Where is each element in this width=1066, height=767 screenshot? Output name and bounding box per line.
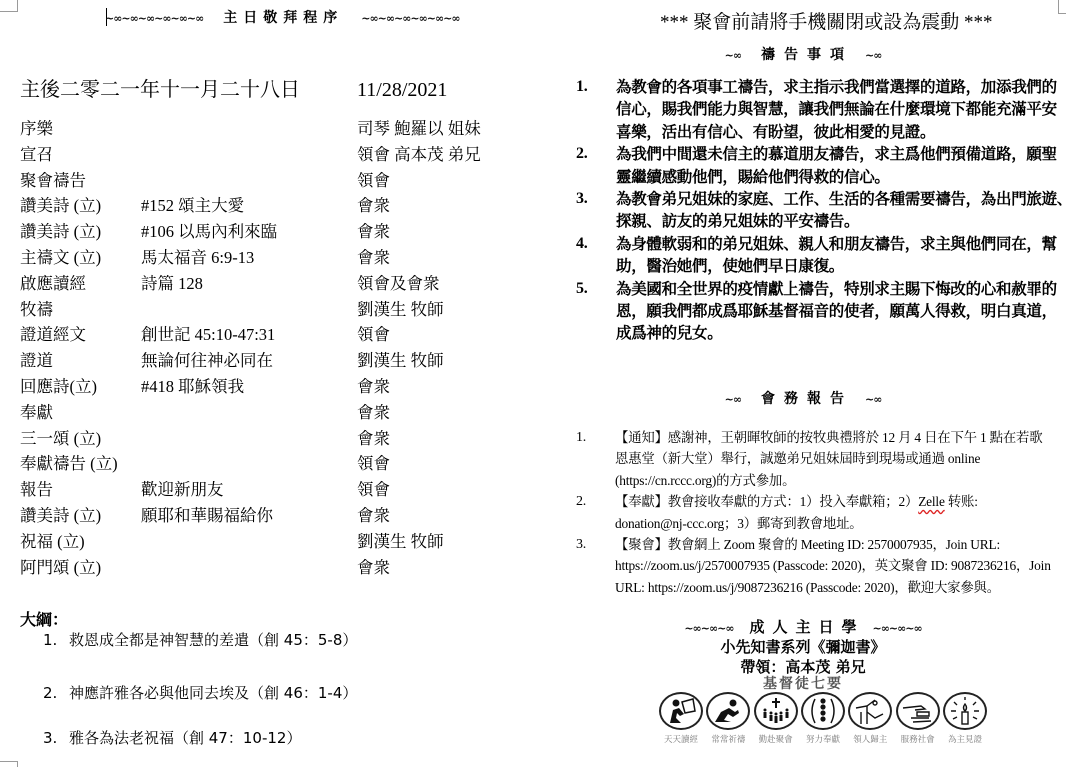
- order-item: 證道: [20, 350, 53, 372]
- worship-order-column: ~∞~∞~∞~∞~∞~∞主日敬拜程序~∞~∞~∞~∞~∞~∞ 主後二零二一年十一…: [0, 0, 540, 767]
- sunday-school-series: 小先知書系列《彌迦書》: [540, 636, 1066, 656]
- date-numeric: 11/28/2021: [357, 79, 447, 102]
- ornament-icon: ~∞: [725, 49, 741, 62]
- order-leader: 會衆: [357, 376, 390, 398]
- ornament-right-icon: ~∞~∞~∞~∞~∞~∞: [361, 12, 459, 25]
- order-item: 讚美詩 (立): [20, 195, 101, 217]
- order-item: 奉獻: [20, 402, 53, 424]
- order-item: 序樂: [20, 118, 53, 140]
- order-row: 祝福 (立)劉漢生 牧師: [20, 531, 520, 557]
- order-item: 讚美詩 (立): [20, 221, 101, 243]
- order-row: 報告歡迎新朋友領會: [20, 479, 520, 505]
- order-leader: 會衆: [357, 221, 390, 243]
- order-item: 讚美詩 (立): [20, 505, 101, 527]
- order-detail: 詩篇 128: [141, 273, 203, 295]
- prayer-section-title: ~∞禱告事項~∞: [540, 44, 1066, 64]
- ornament-icon: ~∞: [865, 393, 881, 406]
- outline-item: 1.救恩成全都是神智慧的差遣（創 45：5-8）: [43, 629, 357, 650]
- order-leader: 會衆: [357, 247, 390, 269]
- order-item: 奉獻禱告 (立): [20, 453, 118, 475]
- order-leader: 領會 高本茂 弟兄: [357, 144, 481, 166]
- evangelism-icon: [848, 692, 892, 730]
- essential-evangelism: 領人歸主: [847, 692, 893, 752]
- phone-notice: *** 聚會前請將手機關閉或設為震動 ***: [660, 7, 993, 34]
- program-title: 主日敬拜程序: [223, 10, 343, 26]
- prayer-item: 3.為教會弟兄姐妹的家庭、工作、生活的各種需要禱告，為出門旅遊、探親、訪友的弟兄…: [576, 188, 1066, 233]
- news-item: 1. 【通知】感謝神，王朝暉牧師的按牧典禮將於 12 月 4 日在下午 1 點在…: [576, 427, 1066, 491]
- sermon-outline: 大綱： 1.救恩成全都是神智慧的差遣（創 45：5-8） 2.神應許雅各必與他同…: [20, 607, 520, 630]
- helping-hands-icon: [896, 692, 940, 730]
- essential-worship-gathering: 勤赴聚會: [753, 692, 799, 752]
- order-item: 聚會禱告: [20, 170, 86, 192]
- order-row: 序樂司琴 鮑羅以 姐妹: [20, 118, 520, 144]
- essential-serving-society: 服務社會: [895, 692, 941, 752]
- prayer-list: 1.為教會的各項事工禱告，求主指示我們當選擇的道路，加添我們的信心，賜我們能力與…: [576, 76, 1066, 345]
- news-item: 3. 【聚會】教會網上 Zoom 聚會的 Meeting ID: 2570007…: [576, 534, 1066, 598]
- essential-praying: 常常祈禱: [705, 692, 751, 752]
- ornament-icon: ~∞: [725, 393, 741, 406]
- order-leader: 劉漢生 牧師: [357, 350, 444, 372]
- order-detail: #106 以馬內利來臨: [141, 221, 277, 243]
- seven-essentials-icons: 天天讀經 常常祈禱 勤赴聚會 努力奉獻 領人歸主 服務社會 為主見證: [658, 692, 988, 752]
- order-leader: 領會及會衆: [357, 273, 440, 295]
- order-row: 三一頌 (立)會衆: [20, 428, 520, 454]
- order-leader: 劉漢生 牧師: [357, 531, 444, 553]
- news-item: 2. 【奉獻】教會接收奉獻的方式：1）投入奉獻箱；2）Zelle 转账: don…: [576, 491, 1066, 534]
- order-item: 牧禱: [20, 299, 53, 321]
- order-leader: 會衆: [357, 505, 390, 527]
- essential-witness: 為主見證: [942, 692, 988, 752]
- ornament-icon: ~∞~∞~∞: [684, 622, 733, 635]
- announcements-column: *** 聚會前請將手機關閉或設為震動 *** ~∞禱告事項~∞ 1.為教會的各項…: [540, 0, 1066, 767]
- spellcheck-flag: Zelle: [918, 494, 945, 509]
- sunday-school: ~∞~∞~∞成人主日學~∞~∞~∞ 小先知書系列《彌迦書》 帶領：高本茂 弟兄 …: [540, 616, 1066, 691]
- order-item: 回應詩(立): [20, 376, 97, 398]
- order-row: 讚美詩 (立)願耶和華賜福給你會衆: [20, 505, 520, 531]
- order-detail: 無論何往神必同在: [141, 350, 273, 372]
- order-item: 宣召: [20, 144, 53, 166]
- order-row: 回應詩(立)#418 耶穌領我會衆: [20, 376, 520, 402]
- order-item: 主禱文 (立): [20, 247, 101, 269]
- order-item: 祝福 (立): [20, 531, 85, 553]
- order-row: 讚美詩 (立)#152 頌主大愛會衆: [20, 195, 520, 221]
- prayer-item: 1.為教會的各項事工禱告，求主指示我們當選擇的道路，加添我們的信心，賜我們能力與…: [576, 76, 1066, 143]
- ornament-left-icon: ~∞~∞~∞~∞~∞~∞: [105, 12, 203, 25]
- outline-label: 大綱：: [20, 607, 520, 630]
- news-section-title: ~∞會務報告~∞: [540, 388, 1066, 408]
- order-item: 阿門頌 (立): [20, 557, 101, 579]
- order-row: 宣召領會 高本茂 弟兄: [20, 144, 520, 170]
- order-detail: 創世記 45:10-47:31: [141, 324, 275, 346]
- order-leader: 會衆: [357, 557, 390, 579]
- order-leader: 領會: [357, 479, 390, 501]
- order-leader: 司琴 鮑羅以 姐妹: [357, 118, 481, 140]
- order-detail: 歡迎新朋友: [141, 479, 224, 501]
- order-row: 證道經文創世記 45:10-47:31領會: [20, 324, 520, 350]
- order-leader: 劉漢生 牧師: [357, 299, 444, 321]
- news-list: 1. 【通知】感謝神，王朝暉牧師的按牧典禮將於 12 月 4 日在下午 1 點在…: [576, 427, 1066, 598]
- essential-bible-reading: 天天讀經: [658, 692, 704, 752]
- order-item: 啟應讀經: [20, 273, 86, 295]
- order-row: 奉獻禱告 (立)領會: [20, 453, 520, 479]
- loaves-fishes-icon: [801, 692, 845, 730]
- service-date: 主後二零二一年十一月二十八日11/28/2021: [20, 73, 447, 102]
- order-of-service: 序樂司琴 鮑羅以 姐妹宣召領會 高本茂 弟兄聚會禱告領會讚美詩 (立)#152 …: [20, 118, 520, 582]
- order-item: 證道經文: [20, 324, 86, 346]
- order-row: 阿門頌 (立)會衆: [20, 557, 520, 583]
- order-leader: 領會: [357, 324, 390, 346]
- outline-item: 2.神應許雅各必與他同去埃及（創 46：1-4）: [43, 682, 357, 703]
- order-leader: 會衆: [357, 428, 390, 450]
- prayer-item: 5.為美國和全世界的疫情獻上禱告，特別求主賜下悔改的心和赦罪的恩，願我們都成爲耶…: [576, 278, 1066, 345]
- order-leader: 會衆: [357, 402, 390, 424]
- candle-icon: [943, 692, 987, 730]
- seven-essentials-title: 基督徒七要: [540, 673, 1066, 691]
- prayer-item: 4.為身體軟弱和的弟兄姐妹、親人和朋友禱告，求主與他們同在，幫助，醫治她們，使她…: [576, 233, 1066, 278]
- order-row: 證道無論何往神必同在劉漢生 牧師: [20, 350, 520, 376]
- order-row: 讚美詩 (立)#106 以馬內利來臨會衆: [20, 221, 520, 247]
- essential-giving: 努力奉獻: [800, 692, 846, 752]
- order-detail: #418 耶穌領我: [141, 376, 244, 398]
- date-chinese: 主後二零二一年十一月二十八日: [20, 73, 357, 102]
- outline-item: 3.雅各為法老祝福（創 47：10-12）: [43, 727, 301, 748]
- order-detail: #152 頌主大愛: [141, 195, 244, 217]
- order-leader: 領會: [357, 170, 390, 192]
- prayer-item: 2.為我們中間還未信主的慕道朋友禱告，求主爲他們預備道路，願聖靈繼續感動他們，賜…: [576, 143, 1066, 188]
- order-detail: 願耶和華賜福給你: [141, 505, 273, 527]
- sunday-school-title: ~∞~∞~∞成人主日學~∞~∞~∞: [540, 616, 1066, 636]
- ornament-icon: ~∞: [865, 49, 881, 62]
- praying-icon: [706, 692, 750, 730]
- order-row: 主禱文 (立)馬太福音 6:9-13會衆: [20, 247, 520, 273]
- order-row: 牧禱劉漢生 牧師: [20, 299, 520, 325]
- order-item: 報告: [20, 479, 53, 501]
- order-detail: 馬太福音 6:9-13: [141, 247, 254, 269]
- order-row: 啟應讀經詩篇 128領會及會衆: [20, 273, 520, 299]
- order-leader: 領會: [357, 453, 390, 475]
- program-header: ~∞~∞~∞~∞~∞~∞主日敬拜程序~∞~∞~∞~∞~∞~∞: [105, 7, 460, 27]
- sunday-school-leader: 帶領：高本茂 弟兄: [540, 656, 1066, 673]
- order-row: 聚會禱告領會: [20, 170, 520, 196]
- bible-reading-icon: [659, 692, 703, 730]
- church-gathering-icon: [754, 692, 798, 730]
- order-row: 奉獻會衆: [20, 402, 520, 428]
- order-item: 三一頌 (立): [20, 428, 101, 450]
- order-leader: 會衆: [357, 195, 390, 217]
- ornament-icon: ~∞~∞~∞: [873, 622, 922, 635]
